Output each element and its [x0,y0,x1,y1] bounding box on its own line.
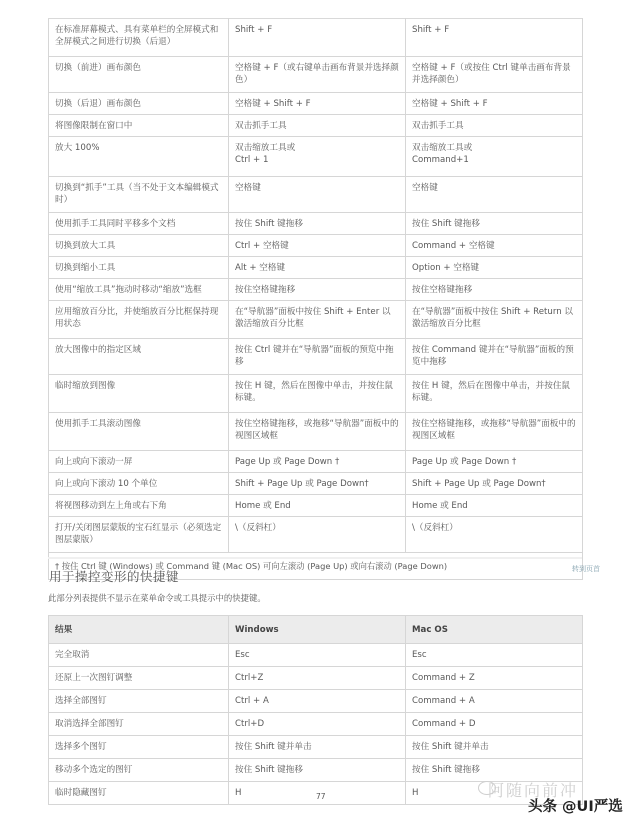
header-macos: Mac OS [406,616,583,644]
cell-windows: \（反斜杠） [229,517,406,553]
table-row: 切换（前进）画布颜色空格键 + F（或右键单击画布背景并选择颜色）空格键 + F… [49,57,583,93]
cell-windows: Ctrl+D [229,713,406,736]
cell-macos: 双击抓手工具 [406,115,583,137]
cell-result: 切换（前进）画布颜色 [49,57,229,93]
cell-macos: Page Up 或 Page Down † [406,451,583,473]
cell-windows: Esc [229,644,406,667]
table-row: 取消选择全部图钉Ctrl+DCommand + D [49,713,583,736]
table-header-row: 结果 Windows Mac OS [49,616,583,644]
cell-result: 使用抓手工具同时平移多个文档 [49,213,229,235]
table-row: 使用抓手工具同时平移多个文档按住 Shift 键拖移按住 Shift 键拖移 [49,213,583,235]
cell-macos: 按住 Command 键并在“导航器”面板的预览中拖移 [406,339,583,375]
cell-macos: Command + Z [406,667,583,690]
cell-macos: 按住空格键拖移，或拖移“导航器”面板中的视图区域框 [406,413,583,451]
cell-windows: Alt + 空格键 [229,257,406,279]
cell-macos: Esc [406,644,583,667]
cell-result: 取消选择全部图钉 [49,713,229,736]
back-to-top-link[interactable]: 转到页首 [572,564,600,574]
section-title: 用于操控变形的快捷键 [49,567,179,585]
cell-result: 临时缩放到图像 [49,375,229,413]
cell-macos: 双击缩放工具或 Command+1 [406,137,583,177]
cell-windows: Page Up 或 Page Down † [229,451,406,473]
cell-result: 应用缩放百分比，并使缩放百分比框保持现用状态 [49,301,229,339]
cell-macos: 空格键 + F（或按住 Ctrl 键单击画布背景并选择颜色） [406,57,583,93]
cell-macos: 按住 Shift 键并单击 [406,736,583,759]
cell-windows: 按住 Ctrl 键并在“导航器”面板的预览中拖移 [229,339,406,375]
cell-windows: Ctrl + A [229,690,406,713]
cell-result: 切换到放大工具 [49,235,229,257]
table-row: 切换到“抓手”工具（当不处于文本编辑模式时）空格键空格键 [49,177,583,213]
table-row: 将图像限制在窗口中双击抓手工具双击抓手工具 [49,115,583,137]
table-row: 打开/关闭图层蒙版的宝石红显示（必须选定图层蒙版）\（反斜杠）\（反斜杠） [49,517,583,553]
cell-result: 还原上一次图钉调整 [49,667,229,690]
table-row: 临时缩放到图像按住 H 键，然后在图像中单击，并按住鼠标键。按住 H 键，然后在… [49,375,583,413]
cell-windows: Shift + Page Up 或 Page Down† [229,473,406,495]
header-result: 结果 [49,616,229,644]
cell-macos: Option + 空格键 [406,257,583,279]
cell-macos: 按住 H 键，然后在图像中单击，并按住鼠标键。 [406,375,583,413]
cell-macos: Shift + Page Up 或 Page Down† [406,473,583,495]
cell-result: 打开/关闭图层蒙版的宝石红显示（必须选定图层蒙版） [49,517,229,553]
cell-result: 移动多个选定的图钉 [49,759,229,782]
table-row: 使用抓手工具滚动图像按住空格键拖移，或拖移“导航器”面板中的视图区域框按住空格键… [49,413,583,451]
table-row: 向上或向下滚动 10 个单位Shift + Page Up 或 Page Dow… [49,473,583,495]
table-row: 放大 100%双击缩放工具或 Ctrl + 1双击缩放工具或 Command+1 [49,137,583,177]
section-description: 此部分列表提供不显示在菜单命令或工具提示中的快捷键。 [48,592,266,604]
section-divider [48,557,582,559]
cell-windows: 双击缩放工具或 Ctrl + 1 [229,137,406,177]
cell-result: 切换到“抓手”工具（当不处于文本编辑模式时） [49,177,229,213]
header-windows: Windows [229,616,406,644]
cell-result: 放大 100% [49,137,229,177]
cell-macos: 空格键 + Shift + F [406,93,583,115]
cell-result: 将图像限制在窗口中 [49,115,229,137]
table-row: 在标准屏幕模式、具有菜单栏的全屏模式和全屏模式之间进行切换（后退）Shift +… [49,19,583,57]
cell-result: 向上或向下滚动 10 个单位 [49,473,229,495]
table-row: 应用缩放百分比，并使缩放百分比框保持现用状态在“导航器”面板中按住 Shift … [49,301,583,339]
table-row: 完全取消EscEsc [49,644,583,667]
cell-macos: Command + 空格键 [406,235,583,257]
cell-windows: Shift + F [229,19,406,57]
cell-windows: Ctrl + 空格键 [229,235,406,257]
cell-windows: 在“导航器”面板中按住 Shift + Enter 以激活缩放百分比框 [229,301,406,339]
cell-result: 切换（后退）画布颜色 [49,93,229,115]
brand-watermark: 头条 @UI严选 [528,795,623,816]
cell-result: 完全取消 [49,644,229,667]
table-row: 选择全部图钉Ctrl + ACommand + A [49,690,583,713]
cell-macos: 在“导航器”面板中按住 Shift + Return 以激活缩放百分比框 [406,301,583,339]
table-row: 切换到缩小工具Alt + 空格键Option + 空格键 [49,257,583,279]
cell-result: 选择多个图钉 [49,736,229,759]
cell-windows: 按住空格键拖移，或拖移“导航器”面板中的视图区域框 [229,413,406,451]
table-row: 切换（后退）画布颜色空格键 + Shift + F空格键 + Shift + F [49,93,583,115]
cell-windows: Ctrl+Z [229,667,406,690]
table-row: 放大图像中的指定区域按住 Ctrl 键并在“导航器”面板的预览中拖移按住 Com… [49,339,583,375]
cell-macos: Command + D [406,713,583,736]
cell-result: 在标准屏幕模式、具有菜单栏的全屏模式和全屏模式之间进行切换（后退） [49,19,229,57]
cell-macos: Command + A [406,690,583,713]
cell-macos: Shift + F [406,19,583,57]
cell-windows: 按住 H 键，然后在图像中单击，并按住鼠标键。 [229,375,406,413]
cell-windows: 按住 Shift 键拖移 [229,759,406,782]
cell-result: 临时隐藏图钉 [49,782,229,805]
table-row: 使用“缩放工具”拖动时移动“缩放”选框按住空格键拖移按住空格键拖移 [49,279,583,301]
table-row: 切换到放大工具Ctrl + 空格键Command + 空格键 [49,235,583,257]
cell-windows: 按住 Shift 键拖移 [229,213,406,235]
cell-macos: \（反斜杠） [406,517,583,553]
cell-result: 切换到缩小工具 [49,257,229,279]
cell-result: 将视图移动到左上角或右下角 [49,495,229,517]
table-row: 将视图移动到左上角或右下角Home 或 EndHome 或 End [49,495,583,517]
cell-windows: 空格键 + F（或右键单击画布背景并选择颜色） [229,57,406,93]
cell-windows: Home 或 End [229,495,406,517]
table-row: 向上或向下滚动一屏Page Up 或 Page Down †Page Up 或 … [49,451,583,473]
cell-macos: 空格键 [406,177,583,213]
puppet-warp-shortcut-table: 结果 Windows Mac OS 完全取消EscEsc还原上一次图钉调整Ctr… [48,615,583,805]
cell-result: 向上或向下滚动一屏 [49,451,229,473]
table-row: 选择多个图钉按住 Shift 键并单击按住 Shift 键并单击 [49,736,583,759]
cell-windows: 按住空格键拖移 [229,279,406,301]
page-number: 77 [316,792,326,801]
cell-macos: Home 或 End [406,495,583,517]
shortcut-table-view: 在标准屏幕模式、具有菜单栏的全屏模式和全屏模式之间进行切换（后退）Shift +… [48,18,583,580]
cell-macos: 按住空格键拖移 [406,279,583,301]
cell-macos: 按住 Shift 键拖移 [406,213,583,235]
cell-windows: 双击抓手工具 [229,115,406,137]
cell-windows: 按住 Shift 键并单击 [229,736,406,759]
cell-windows: 空格键 [229,177,406,213]
cell-result: 使用“缩放工具”拖动时移动“缩放”选框 [49,279,229,301]
cell-result: 使用抓手工具滚动图像 [49,413,229,451]
cell-result: 放大图像中的指定区域 [49,339,229,375]
table-row: 还原上一次图钉调整Ctrl+ZCommand + Z [49,667,583,690]
cell-result: 选择全部图钉 [49,690,229,713]
cell-windows: 空格键 + Shift + F [229,93,406,115]
